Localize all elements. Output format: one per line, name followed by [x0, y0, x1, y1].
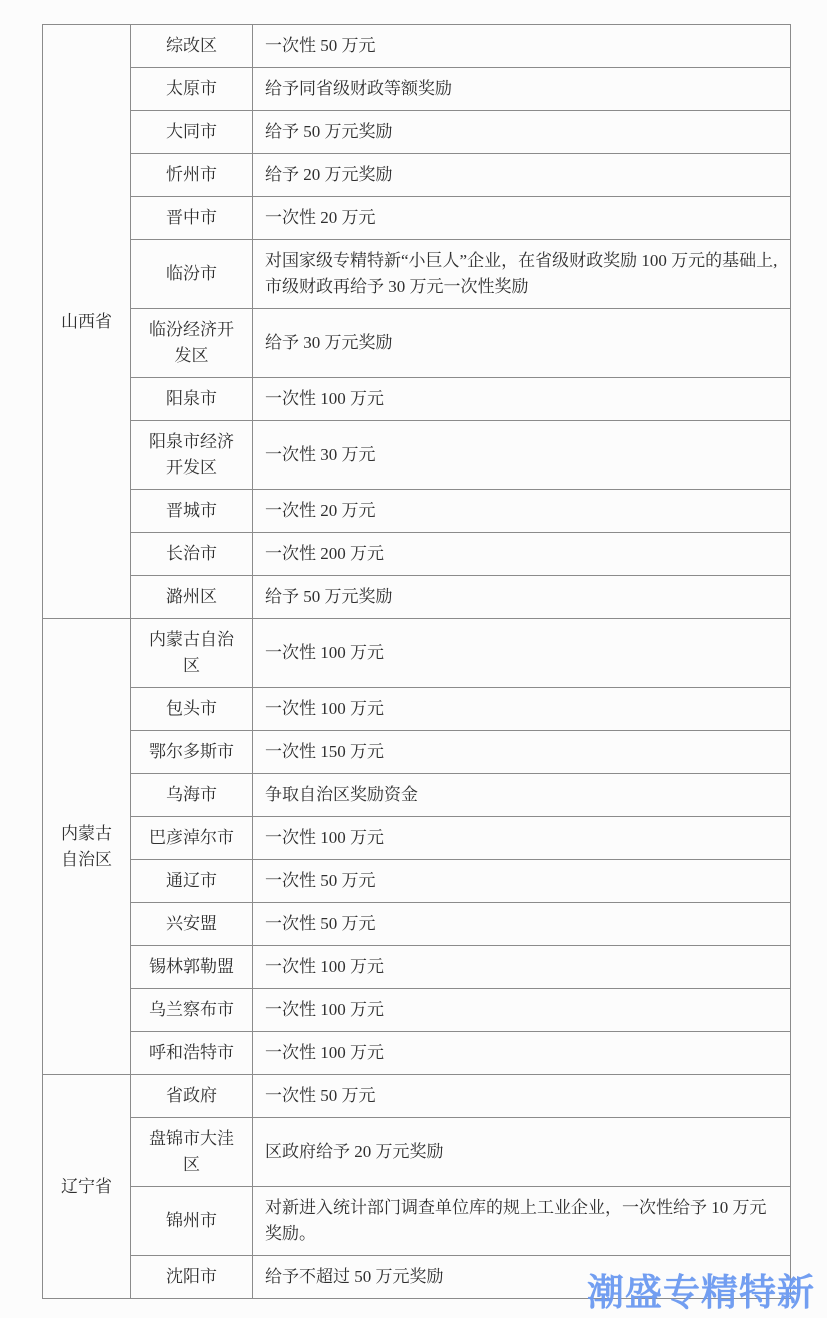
- reward-cell: 对国家级专精特新“小巨人”企业，在省级财政奖励 100 万元的基础上,市级财政再…: [253, 240, 791, 309]
- city-cell: 太原市: [131, 68, 253, 111]
- city-cell: 阳泉市: [131, 378, 253, 421]
- reward-cell: 一次性 150 万元: [253, 731, 791, 774]
- table-row: 乌海市争取自治区奖励资金: [43, 774, 791, 817]
- reward-cell: 对新进入统计部门调查单位库的规上工业企业，一次性给予 10 万元奖励。: [253, 1187, 791, 1256]
- city-cell: 阳泉市经济开发区: [131, 421, 253, 490]
- table-row: 通辽市一次性 50 万元: [43, 860, 791, 903]
- reward-cell: 一次性 100 万元: [253, 946, 791, 989]
- reward-cell: 一次性 100 万元: [253, 1032, 791, 1075]
- table-row: 临汾市对国家级专精特新“小巨人”企业，在省级财政奖励 100 万元的基础上,市级…: [43, 240, 791, 309]
- table-row: 太原市给予同省级财政等额奖励: [43, 68, 791, 111]
- table-row: 乌兰察布市一次性 100 万元: [43, 989, 791, 1032]
- table-row: 潞州区给予 50 万元奖励: [43, 576, 791, 619]
- reward-cell: 区政府给予 20 万元奖励: [253, 1118, 791, 1187]
- reward-cell: 一次性 100 万元: [253, 817, 791, 860]
- table-row: 辽宁省省政府一次性 50 万元: [43, 1075, 791, 1118]
- table-row: 鄂尔多斯市一次性 150 万元: [43, 731, 791, 774]
- city-cell: 综改区: [131, 25, 253, 68]
- reward-table: 山西省综改区一次性 50 万元太原市给予同省级财政等额奖励大同市给予 50 万元…: [42, 24, 791, 1299]
- city-cell: 沈阳市: [131, 1256, 253, 1299]
- reward-cell: 一次性 100 万元: [253, 989, 791, 1032]
- city-cell: 锡林郭勒盟: [131, 946, 253, 989]
- reward-cell: 一次性 50 万元: [253, 25, 791, 68]
- city-cell: 乌兰察布市: [131, 989, 253, 1032]
- table-row: 山西省综改区一次性 50 万元: [43, 25, 791, 68]
- province-cell: 内蒙古自治区: [43, 619, 131, 1075]
- reward-cell: 争取自治区奖励资金: [253, 774, 791, 817]
- reward-cell: 一次性 20 万元: [253, 197, 791, 240]
- city-cell: 巴彦淖尔市: [131, 817, 253, 860]
- city-cell: 临汾经济开发区: [131, 309, 253, 378]
- reward-cell: 一次性 30 万元: [253, 421, 791, 490]
- table-row: 包头市一次性 100 万元: [43, 688, 791, 731]
- table-row: 锦州市对新进入统计部门调查单位库的规上工业企业，一次性给予 10 万元奖励。: [43, 1187, 791, 1256]
- reward-cell: 一次性 50 万元: [253, 903, 791, 946]
- reward-cell: 一次性 50 万元: [253, 860, 791, 903]
- table-row: 巴彦淖尔市一次性 100 万元: [43, 817, 791, 860]
- table-row: 晋城市一次性 20 万元: [43, 490, 791, 533]
- table-row: 阳泉市一次性 100 万元: [43, 378, 791, 421]
- city-cell: 临汾市: [131, 240, 253, 309]
- city-cell: 鄂尔多斯市: [131, 731, 253, 774]
- city-cell: 内蒙古自治区: [131, 619, 253, 688]
- city-cell: 盘锦市大洼区: [131, 1118, 253, 1187]
- table-row: 阳泉市经济开发区一次性 30 万元: [43, 421, 791, 490]
- city-cell: 潞州区: [131, 576, 253, 619]
- city-cell: 忻州市: [131, 154, 253, 197]
- reward-cell: 给予 50 万元奖励: [253, 576, 791, 619]
- table-row: 临汾经济开发区给予 30 万元奖励: [43, 309, 791, 378]
- watermark: 潮盛专精特新: [587, 1272, 815, 1314]
- table-row: 呼和浩特市一次性 100 万元: [43, 1032, 791, 1075]
- table-row: 晋中市一次性 20 万元: [43, 197, 791, 240]
- city-cell: 包头市: [131, 688, 253, 731]
- city-cell: 乌海市: [131, 774, 253, 817]
- reward-cell: 一次性 20 万元: [253, 490, 791, 533]
- table-row: 大同市给予 50 万元奖励: [43, 111, 791, 154]
- city-cell: 晋中市: [131, 197, 253, 240]
- city-cell: 锦州市: [131, 1187, 253, 1256]
- reward-cell: 给予同省级财政等额奖励: [253, 68, 791, 111]
- city-cell: 长治市: [131, 533, 253, 576]
- city-cell: 呼和浩特市: [131, 1032, 253, 1075]
- reward-cell: 一次性 100 万元: [253, 378, 791, 421]
- province-cell: 山西省: [43, 25, 131, 619]
- table-row: 锡林郭勒盟一次性 100 万元: [43, 946, 791, 989]
- reward-cell: 一次性 50 万元: [253, 1075, 791, 1118]
- city-cell: 省政府: [131, 1075, 253, 1118]
- reward-cell: 一次性 100 万元: [253, 619, 791, 688]
- reward-cell: 给予 20 万元奖励: [253, 154, 791, 197]
- table-row: 内蒙古自治区内蒙古自治区一次性 100 万元: [43, 619, 791, 688]
- city-cell: 兴安盟: [131, 903, 253, 946]
- reward-cell: 一次性 100 万元: [253, 688, 791, 731]
- table-row: 盘锦市大洼区区政府给予 20 万元奖励: [43, 1118, 791, 1187]
- city-cell: 晋城市: [131, 490, 253, 533]
- reward-cell: 给予 30 万元奖励: [253, 309, 791, 378]
- reward-table-body: 山西省综改区一次性 50 万元太原市给予同省级财政等额奖励大同市给予 50 万元…: [43, 25, 791, 1299]
- table-row: 忻州市给予 20 万元奖励: [43, 154, 791, 197]
- province-cell: 辽宁省: [43, 1075, 131, 1299]
- city-cell: 通辽市: [131, 860, 253, 903]
- table-row: 长治市一次性 200 万元: [43, 533, 791, 576]
- table-row: 兴安盟一次性 50 万元: [43, 903, 791, 946]
- reward-cell: 给予 50 万元奖励: [253, 111, 791, 154]
- city-cell: 大同市: [131, 111, 253, 154]
- reward-cell: 一次性 200 万元: [253, 533, 791, 576]
- page: 山西省综改区一次性 50 万元太原市给予同省级财政等额奖励大同市给予 50 万元…: [0, 0, 827, 1318]
